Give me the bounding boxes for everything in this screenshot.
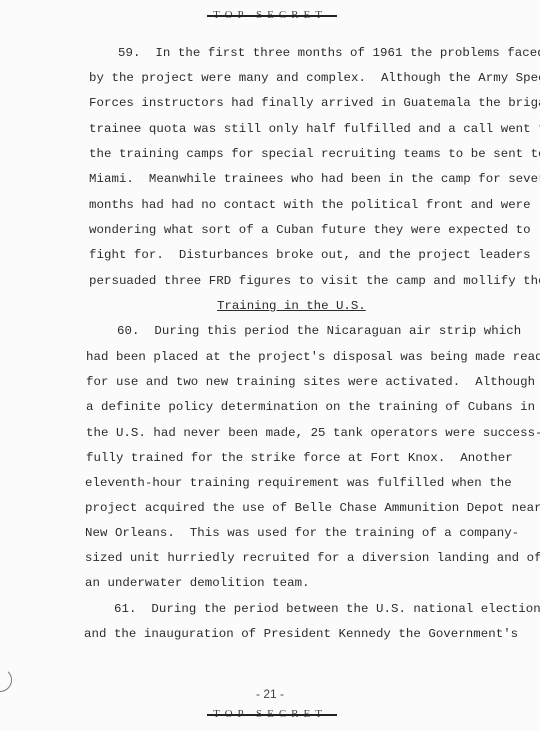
- text-line: a definite policy determination on the t…: [86, 400, 535, 414]
- section-heading: Training in the U.S.: [217, 299, 366, 313]
- text-line: and the inauguration of President Kenned…: [84, 627, 518, 641]
- text-line: the U.S. had never been made, 25 tank op…: [86, 426, 540, 440]
- page-number: - 21 -: [0, 687, 540, 701]
- text-line: persuaded three FRD figures to visit the…: [89, 274, 540, 288]
- text-line: an underwater demolition team.: [85, 576, 310, 590]
- classification-text: TOP SECRET: [209, 9, 331, 21]
- text-line: the training camps for special recruitin…: [89, 147, 540, 161]
- classification-marking-top: TOP SECRET: [0, 9, 540, 21]
- text-line: for use and two new training sites were …: [86, 375, 535, 389]
- text-line: fully trained for the strike force at Fo…: [86, 451, 513, 465]
- text-line: had been placed at the project's disposa…: [86, 350, 540, 364]
- text-line: 59. In the first three months of 1961 th…: [118, 46, 540, 60]
- text-line: eleventh-hour training requirement was f…: [85, 476, 512, 490]
- text-line: Forces instructors had finally arrived i…: [89, 96, 540, 110]
- text-line: sized unit hurriedly recruited for a div…: [85, 551, 540, 565]
- text-line: 61. During the period between the U.S. n…: [114, 602, 540, 616]
- classification-marking-bottom: TOP SECRET: [0, 708, 540, 720]
- text-line: by the project were many and complex. Al…: [89, 71, 540, 85]
- text-line: wondering what sort of a Cuban future th…: [89, 223, 531, 237]
- text-line: fight for. Disturbances broke out, and t…: [89, 248, 531, 262]
- classification-text: TOP SECRET: [209, 708, 331, 720]
- text-line: project acquired the use of Belle Chase …: [85, 501, 540, 515]
- text-line: trainee quota was still only half fulfil…: [89, 122, 540, 136]
- text-line: 60. During this period the Nicaraguan ai…: [117, 324, 521, 338]
- text-line: New Orleans. This was used for the train…: [85, 526, 519, 540]
- text-line: months had had no contact with the polit…: [89, 198, 531, 212]
- text-line: Miami. Meanwhile trainees who had been i…: [89, 172, 540, 186]
